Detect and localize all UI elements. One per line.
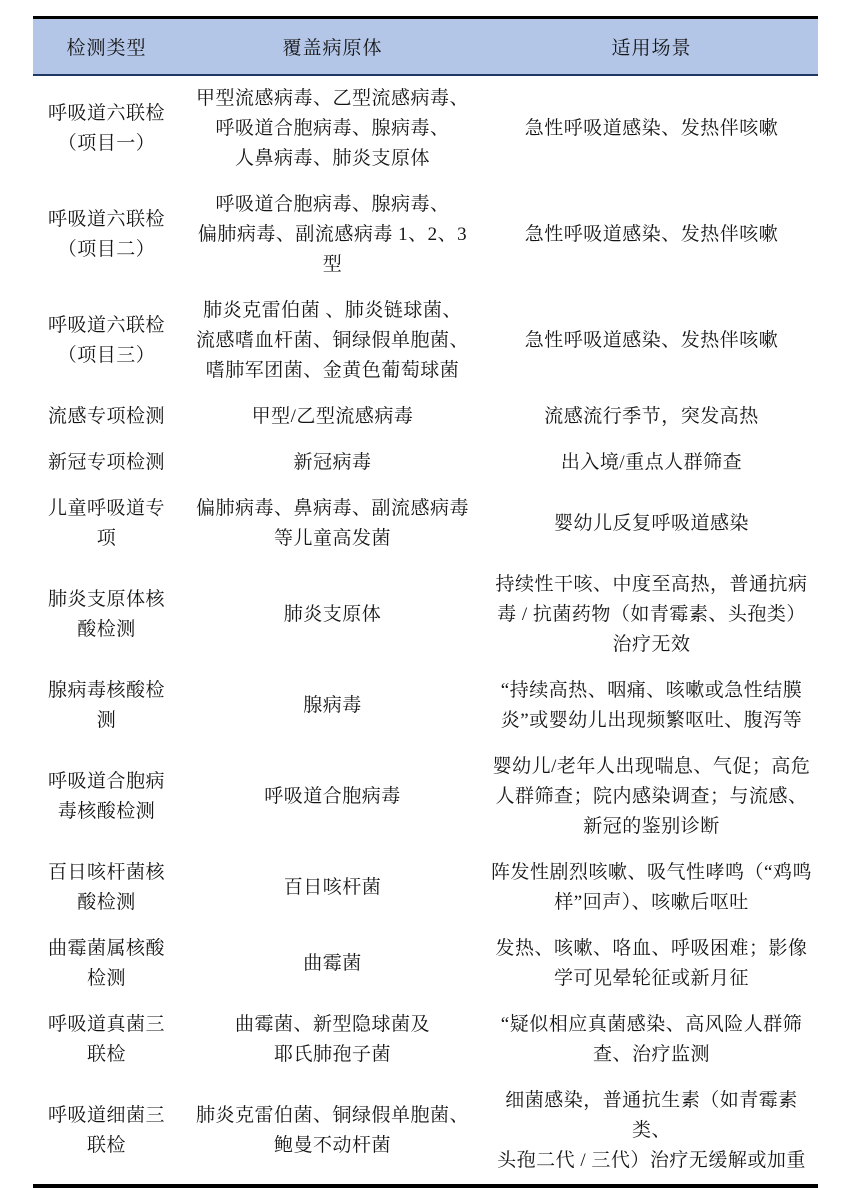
- cell-pathogens: 曲霉菌: [180, 926, 485, 1002]
- test-panel-table: 检测类型 覆盖病原体 适用场景 呼吸道六联检 （项目一） 甲型流感病毒、乙型流感…: [33, 16, 818, 1188]
- cell-test-type: 呼吸道六联检 （项目二）: [33, 182, 180, 288]
- cell-scenarios: 急性呼吸道感染、发热伴咳嗽: [485, 182, 818, 288]
- cell-test-type: 呼吸道六联检 （项目三）: [33, 288, 180, 394]
- cell-scenarios: 急性呼吸道感染、发热伴咳嗽: [485, 288, 818, 394]
- cell-test-type: 百日咳杆菌核 酸检测: [33, 850, 180, 926]
- page: 检测类型 覆盖病原体 适用场景 呼吸道六联检 （项目一） 甲型流感病毒、乙型流感…: [0, 0, 849, 1157]
- cell-scenarios: 持续性干咳、中度至高热，普通抗病 毒 / 抗菌药物（如青霉素、头孢类） 治疗无效: [485, 562, 818, 668]
- cell-pathogens: 甲型/乙型流感病毒: [180, 394, 485, 440]
- table-row: 儿童呼吸道专 项 偏肺病毒、鼻病毒、副流感病毒 等儿童高发菌 婴幼儿反复呼吸道感…: [33, 486, 818, 562]
- table-row: 呼吸道细菌三 联检 肺炎克雷伯菌、铜绿假单胞菌、 鲍曼不动杆菌 细菌感染，普通抗…: [33, 1078, 818, 1186]
- cell-pathogens: 腺病毒: [180, 668, 485, 744]
- table-row: 肺炎支原体核 酸检测 肺炎支原体 持续性干咳、中度至高热，普通抗病 毒 / 抗菌…: [33, 562, 818, 668]
- table-row: 新冠专项检测 新冠病毒 出入境/重点人群筛查: [33, 440, 818, 486]
- header-cell-test-type: 检测类型: [33, 18, 180, 75]
- cell-pathogens: 肺炎支原体: [180, 562, 485, 668]
- header-cell-scenarios: 适用场景: [485, 18, 818, 75]
- cell-scenarios: 流感流行季节，突发高热: [485, 394, 818, 440]
- cell-test-type: 肺炎支原体核 酸检测: [33, 562, 180, 668]
- cell-test-type: 呼吸道真菌三 联检: [33, 1002, 180, 1078]
- cell-test-type: 腺病毒核酸检 测: [33, 668, 180, 744]
- cell-pathogens: 呼吸道合胞病毒、腺病毒、 偏肺病毒、副流感病毒 1、2、3 型: [180, 182, 485, 288]
- cell-scenarios: 婴幼儿/老年人出现喘息、气促；高危 人群筛查；院内感染调查；与流感、 新冠的鉴别…: [485, 744, 818, 850]
- table-row: 流感专项检测 甲型/乙型流感病毒 流感流行季节，突发高热: [33, 394, 818, 440]
- cell-pathogens: 肺炎克雷伯菌、铜绿假单胞菌、 鲍曼不动杆菌: [180, 1078, 485, 1186]
- cell-pathogens: 甲型流感病毒、乙型流感病毒、 呼吸道合胞病毒、腺病毒、 人鼻病毒、肺炎支原体: [180, 75, 485, 182]
- cell-pathogens: 呼吸道合胞病毒: [180, 744, 485, 850]
- cell-test-type: 新冠专项检测: [33, 440, 180, 486]
- table-row: 呼吸道六联检 （项目二） 呼吸道合胞病毒、腺病毒、 偏肺病毒、副流感病毒 1、2…: [33, 182, 818, 288]
- cell-scenarios: 发热、咳嗽、咯血、呼吸困难；影像 学可见晕轮征或新月征: [485, 926, 818, 1002]
- table-row: 腺病毒核酸检 测 腺病毒 “持续高热、咽痛、咳嗽或急性结膜 炎”或婴幼儿出现频繁…: [33, 668, 818, 744]
- cell-scenarios: 出入境/重点人群筛查: [485, 440, 818, 486]
- cell-scenarios: 急性呼吸道感染、发热伴咳嗽: [485, 75, 818, 182]
- cell-test-type: 呼吸道细菌三 联检: [33, 1078, 180, 1186]
- header-cell-pathogens: 覆盖病原体: [180, 18, 485, 75]
- cell-pathogens: 偏肺病毒、鼻病毒、副流感病毒 等儿童高发菌: [180, 486, 485, 562]
- cell-scenarios: 婴幼儿反复呼吸道感染: [485, 486, 818, 562]
- table-row: 呼吸道真菌三 联检 曲霉菌、新型隐球菌及 耶氏肺孢子菌 “疑似相应真菌感染、高风…: [33, 1002, 818, 1078]
- cell-test-type: 呼吸道合胞病 毒核酸检测: [33, 744, 180, 850]
- cell-scenarios: “疑似相应真菌感染、高风险人群筛 查、治疗监测: [485, 1002, 818, 1078]
- cell-pathogens: 新冠病毒: [180, 440, 485, 486]
- cell-test-type: 流感专项检测: [33, 394, 180, 440]
- table-row: 呼吸道六联检 （项目一） 甲型流感病毒、乙型流感病毒、 呼吸道合胞病毒、腺病毒、…: [33, 75, 818, 182]
- cell-scenarios: 阵发性剧烈咳嗽、吸气性哮鸣（“鸡鸣 样”回声）、咳嗽后呕吐: [485, 850, 818, 926]
- table-row: 呼吸道合胞病 毒核酸检测 呼吸道合胞病毒 婴幼儿/老年人出现喘息、气促；高危 人…: [33, 744, 818, 850]
- cell-scenarios: “持续高热、咽痛、咳嗽或急性结膜 炎”或婴幼儿出现频繁呕吐、腹泻等: [485, 668, 818, 744]
- cell-pathogens: 曲霉菌、新型隐球菌及 耶氏肺孢子菌: [180, 1002, 485, 1078]
- cell-test-type: 儿童呼吸道专 项: [33, 486, 180, 562]
- header-row: 检测类型 覆盖病原体 适用场景: [33, 18, 818, 75]
- table-header: 检测类型 覆盖病原体 适用场景: [33, 18, 818, 75]
- cell-pathogens: 百日咳杆菌: [180, 850, 485, 926]
- table-row: 曲霉菌属核酸 检测 曲霉菌 发热、咳嗽、咯血、呼吸困难；影像 学可见晕轮征或新月…: [33, 926, 818, 1002]
- table-row: 百日咳杆菌核 酸检测 百日咳杆菌 阵发性剧烈咳嗽、吸气性哮鸣（“鸡鸣 样”回声）…: [33, 850, 818, 926]
- cell-pathogens: 肺炎克雷伯菌 、肺炎链球菌、 流感嗜血杆菌、铜绿假单胞菌、 嗜肺军团菌、金黄色葡…: [180, 288, 485, 394]
- table-row: 呼吸道六联检 （项目三） 肺炎克雷伯菌 、肺炎链球菌、 流感嗜血杆菌、铜绿假单胞…: [33, 288, 818, 394]
- table-body: 呼吸道六联检 （项目一） 甲型流感病毒、乙型流感病毒、 呼吸道合胞病毒、腺病毒、…: [33, 75, 818, 1186]
- cell-scenarios: 细菌感染，普通抗生素（如青霉素类、 头孢二代 / 三代）治疗无缓解或加重: [485, 1078, 818, 1186]
- cell-test-type: 呼吸道六联检 （项目一）: [33, 75, 180, 182]
- cell-test-type: 曲霉菌属核酸 检测: [33, 926, 180, 1002]
